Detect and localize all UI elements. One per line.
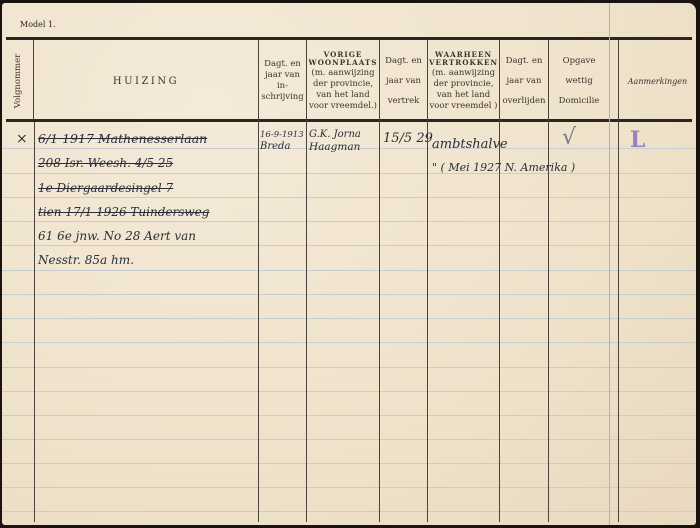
ruled-line [2,245,696,246]
ruled-line [2,415,696,416]
ruled-line [2,221,696,222]
ruled-line [2,487,696,488]
ruled-line [2,197,696,198]
model-label: Model 1. [20,20,56,29]
vorige-woonplaats-line-1: G.K. Jorna [309,129,361,140]
domicilie-check-mark: √ [562,125,576,150]
entry-volgnommer-mark: × [16,131,28,147]
ruled-line [2,463,696,464]
waarheen-line-2: " ( Mei 1927 N. Amerika ) [432,161,575,174]
huizing-line-2: 208 Isr. Weesh. 4/5 25 [38,156,173,170]
registration-card: Model 1. Volgnommer HUIZING Dagt. en jaa… [2,3,696,525]
ruled-line [2,439,696,440]
waarheen-line-1: ambtshalve [432,137,508,152]
vorige-woonplaats-line-2: Haagman [309,141,360,153]
huizing-line-4: tien 17/1 1926 Tuindersweg [38,205,209,219]
ruled-line [2,294,696,295]
aanmerkingen-stamp: L [630,127,645,153]
vertrek-date: 15/5 29 [383,131,433,146]
column-divider [34,122,35,522]
huizing-line-1: 6/1 1917 Mathenesserlaan [38,131,207,146]
header-waarheen-vertrokken: WAARHEEN VERTROKKEN (m. aanwijzing der p… [428,41,499,121]
ruled-line [2,270,696,271]
ruled-line [2,173,696,174]
inschrijving-place: Breda [260,141,290,152]
header-vorige-woonplaats: VORIGE WOONPLAATS (m. aanwijzing der pro… [307,41,379,121]
header-vertrek: Dagt. en jaar van vertrek [380,41,427,121]
ruled-line [2,367,696,368]
header-huizing: HUIZING [34,41,258,121]
header-volgnommer: Volgnommer [6,43,30,119]
inschrijving-date: 16-9-1913 [260,130,304,140]
huizing-line-3: 1e Diergaardesingel 7 [38,181,173,195]
header-inschrijving: Dagt. en jaar van in- schrijving [259,41,306,121]
fold-line [609,3,610,525]
ruled-line [2,342,696,343]
header-overlijden: Dagt. en jaar van overlijden [500,41,548,121]
header-aanmerkingen: Aanmerkingen [619,41,696,121]
header-domicilie: Opgave wettig Domicilie [549,41,609,121]
ruled-line [2,391,696,392]
huizing-line-6: Nesstr. 85a hm. [38,253,134,267]
huizing-line-5: 61 6e jnw. No 28 Aert van [38,229,196,243]
ruled-line [2,318,696,319]
header-top-rule [6,37,692,40]
ruled-line [2,511,696,512]
